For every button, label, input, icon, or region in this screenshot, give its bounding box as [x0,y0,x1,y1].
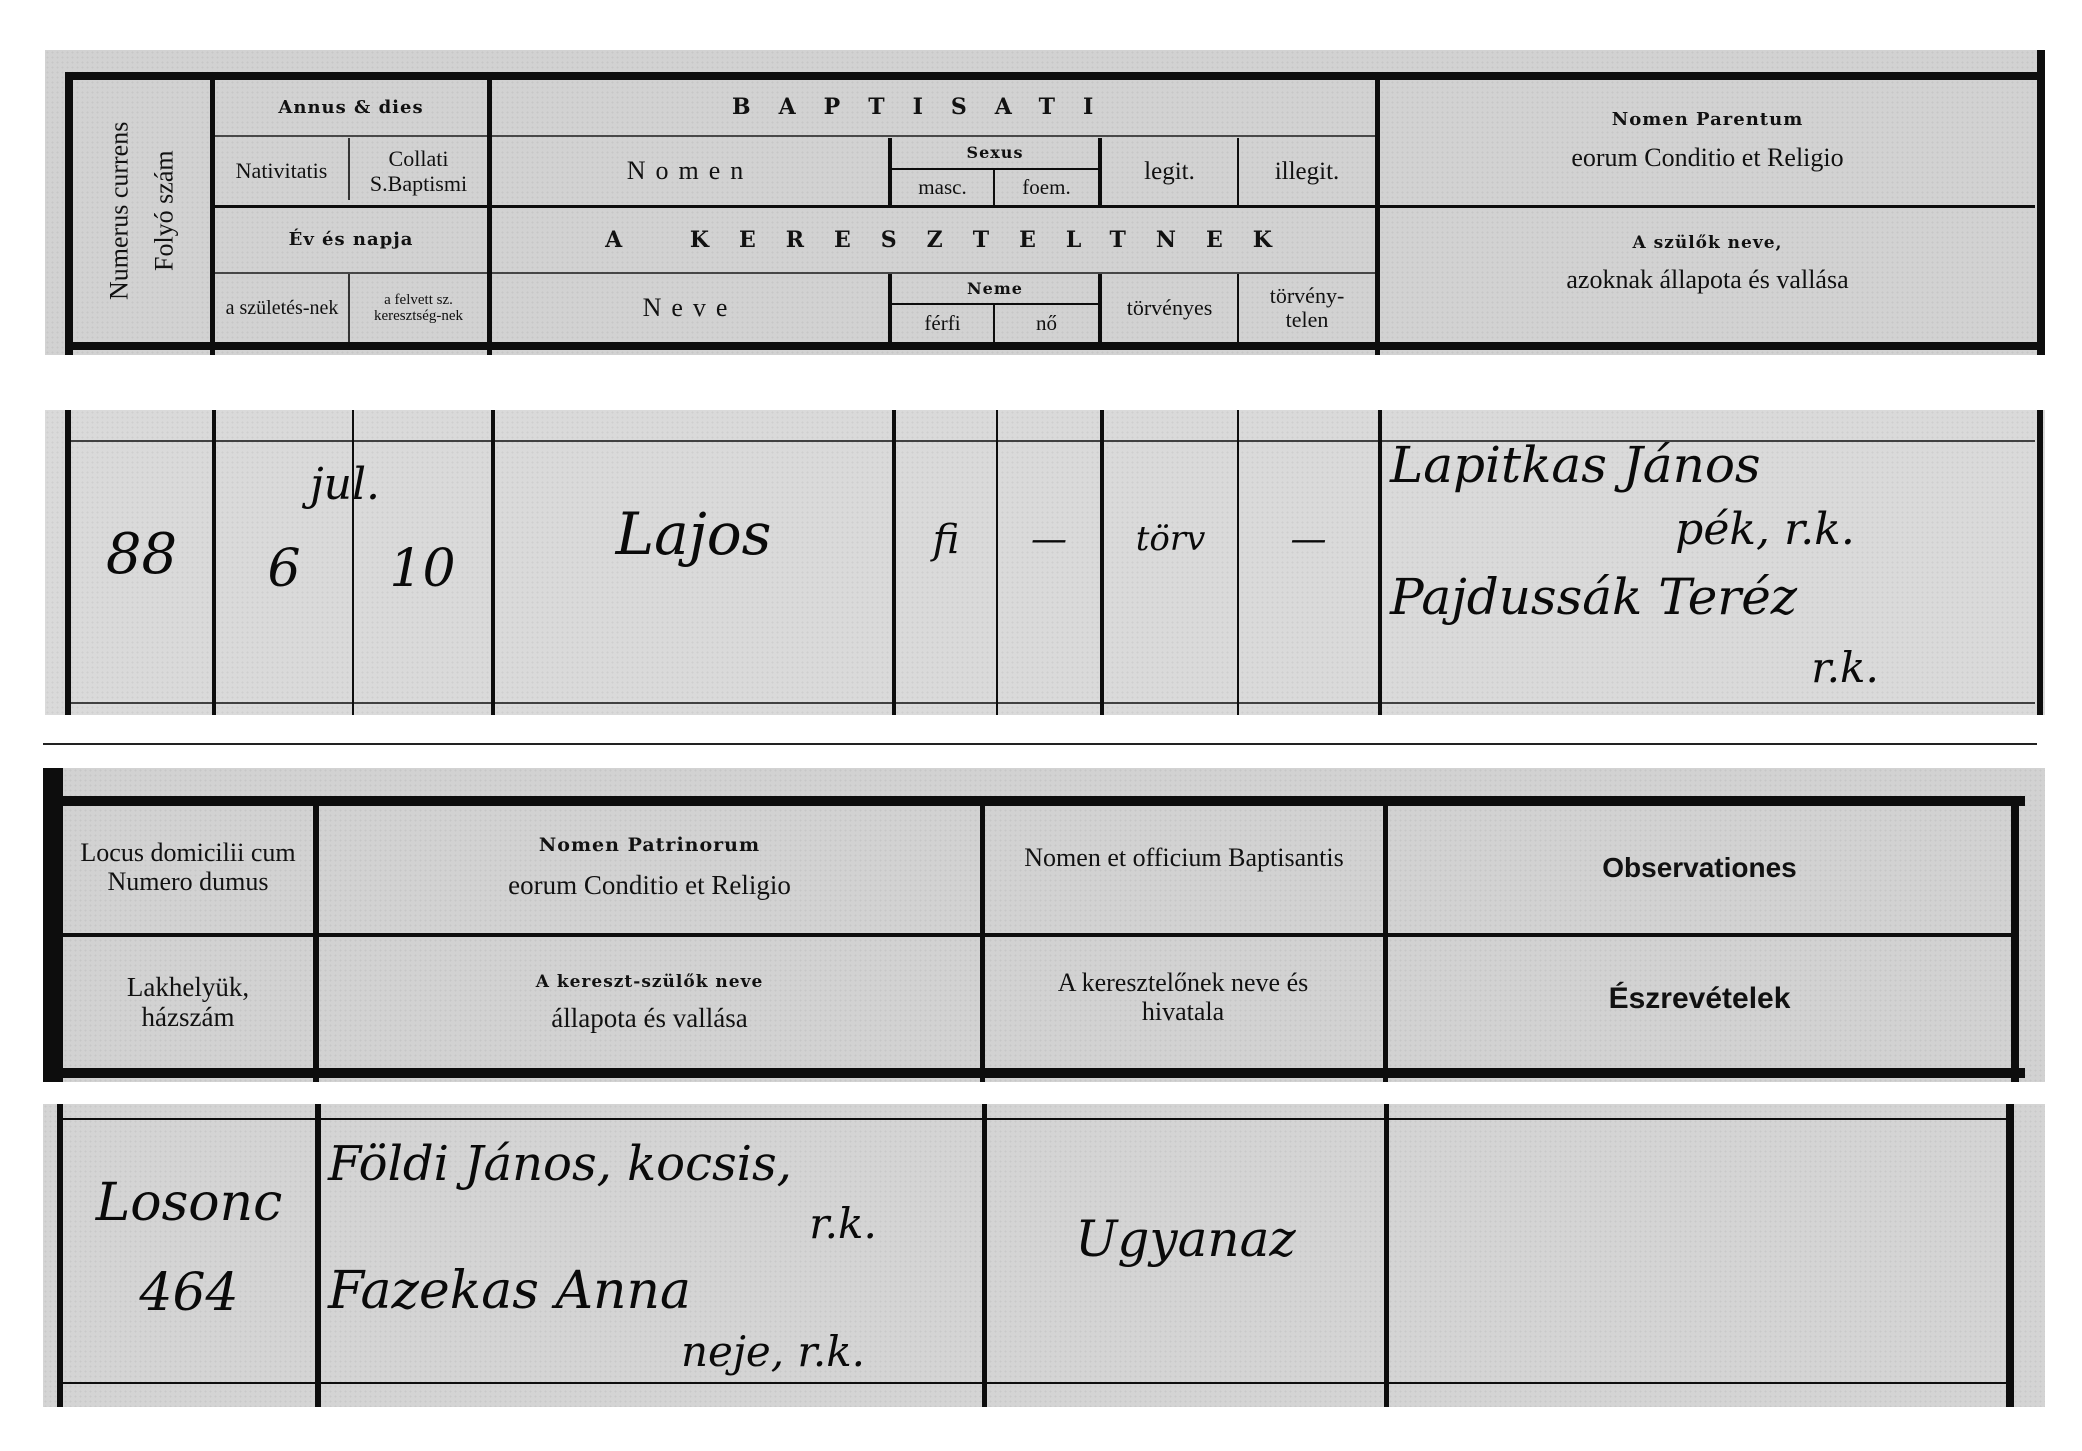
mother-religion: r.k. [1745,638,1945,698]
baptisans-hu-label: A keresztelőnek neve és hivatala [1033,948,1333,1048]
col-rule [1378,410,1382,715]
illegit-mark: — [1239,490,1378,590]
kereszt-szulok-title: A kereszt-szülők neve [319,966,980,998]
baptisans-name: Ugyanaz [987,1194,1384,1284]
observationes-label: Observationes [1388,818,2011,918]
godfather-name: Földi János, kocsis, [328,1129,988,1199]
top-entry-panel: 88 jul. 6 10 Lajos fi — törv — Lapitkas … [45,410,2045,715]
locus-town: Losonc [63,1164,315,1244]
neme-label: Neme [892,274,1098,303]
parents-hu-sub: azoknak állapota és vallása [1380,260,2035,300]
sub-rule [1237,274,1239,347]
frame-top [63,796,2025,806]
row-rule [63,933,2015,937]
torvenyes-label: törvényes [1102,274,1237,342]
father-name: Lapitkas János [1385,430,1990,500]
section-divider [43,743,2037,745]
numerus-hu-label: Folyó szám [145,80,185,342]
nomen-label: Nomen [492,138,888,205]
ferfi-label: férfi [892,305,993,342]
mother-name: Pajdussák Teréz [1385,560,1990,635]
row-rule-bottom [71,702,2035,704]
legit-label: legit. [1102,138,1237,205]
patrini-hu-sub: állapota és vallása [319,998,980,1040]
parents-latin-sub: eorum Conditio et Religio [1380,138,2035,178]
male-mark: fi [896,490,996,590]
baptism-day: 10 [354,525,491,615]
frame-right [2037,50,2045,355]
annus-dies-title: Annus & dies [215,80,487,135]
patrini-latin-sub: eorum Conditio et Religio [319,863,980,908]
eszrevetelek-label: Észrevételek [1388,948,2011,1048]
no-label: nő [995,305,1098,342]
legit-mark: törv [1104,490,1237,590]
frame-left [65,72,73,355]
sexus-label: Sexus [892,138,1098,168]
frame-left [43,768,63,1082]
observationes-value [1389,1124,2006,1382]
female-mark: — [998,490,1100,590]
neve-label: Neve [492,274,888,342]
entry-number: 88 [71,500,212,610]
locus-house-number: 464 [63,1254,315,1334]
godfather-religion: r.k. [743,1194,943,1254]
frame-right [2037,410,2043,715]
frame-right [2006,1104,2014,1407]
col-rule [315,1104,321,1407]
bottom-entry-panel: Losonc 464 Földi János, kocsis, r.k. Faz… [43,1104,2045,1407]
numerus-latin-label: Numerus currens [100,80,140,342]
birth-month: jul. [225,450,465,520]
frame-bottom [63,1068,2025,1078]
nomen-patrinorum-title: Nomen Patrinorum [319,828,980,863]
bottom-header-panel: Locus domicilii cum Numero dumus Lakhely… [43,768,2045,1082]
baptised-name: Lajos [495,470,892,600]
illegit-label: illegit. [1239,138,1375,205]
locus-latin-label: Locus domicilii cum Numero dumus [63,818,313,918]
father-condition: pék, r.k. [1545,500,1985,560]
godmother-condition: neje, r.k. [603,1322,943,1382]
row-rule [215,135,1377,137]
foem-label: foem. [995,170,1098,205]
ev-es-napja-title: Év és napja [215,208,487,272]
torvenytelen-label: törvény-telen [1259,274,1355,342]
row-rule-bottom [63,1382,2007,1384]
nomen-parentum-title: Nomen Parentum [1380,105,2035,135]
baptisans-latin-label: Nomen et officium Baptisantis [985,818,1383,898]
szuletesnek-label: a születés-nek [217,274,347,342]
frame-bottom [65,342,2045,350]
collati-label: Collati S.Baptismi [350,138,487,205]
nativitatis-label: Nativitatis [215,138,348,205]
row-rule-top [63,1118,2007,1120]
top-header-panel: Numerus currens Folyó szám Annus & dies … [45,50,2045,355]
masc-label: masc. [892,170,993,205]
locus-hu-label: Lakhelyük, házszám [88,948,288,1058]
frame-right [2011,798,2019,1082]
kereszteltnek-banner: A KERESZTELTNEK [492,208,1375,272]
szulok-neve-title: A szülők neve, [1380,228,2035,258]
baptisati-banner: BAPTISATI [492,80,1375,135]
felvett-label: a felvett sz. keresztség-nek [350,274,487,342]
birth-day: 6 [216,525,352,615]
frame-top [65,72,2045,80]
godmother-name: Fazekas Anna [328,1254,1008,1329]
